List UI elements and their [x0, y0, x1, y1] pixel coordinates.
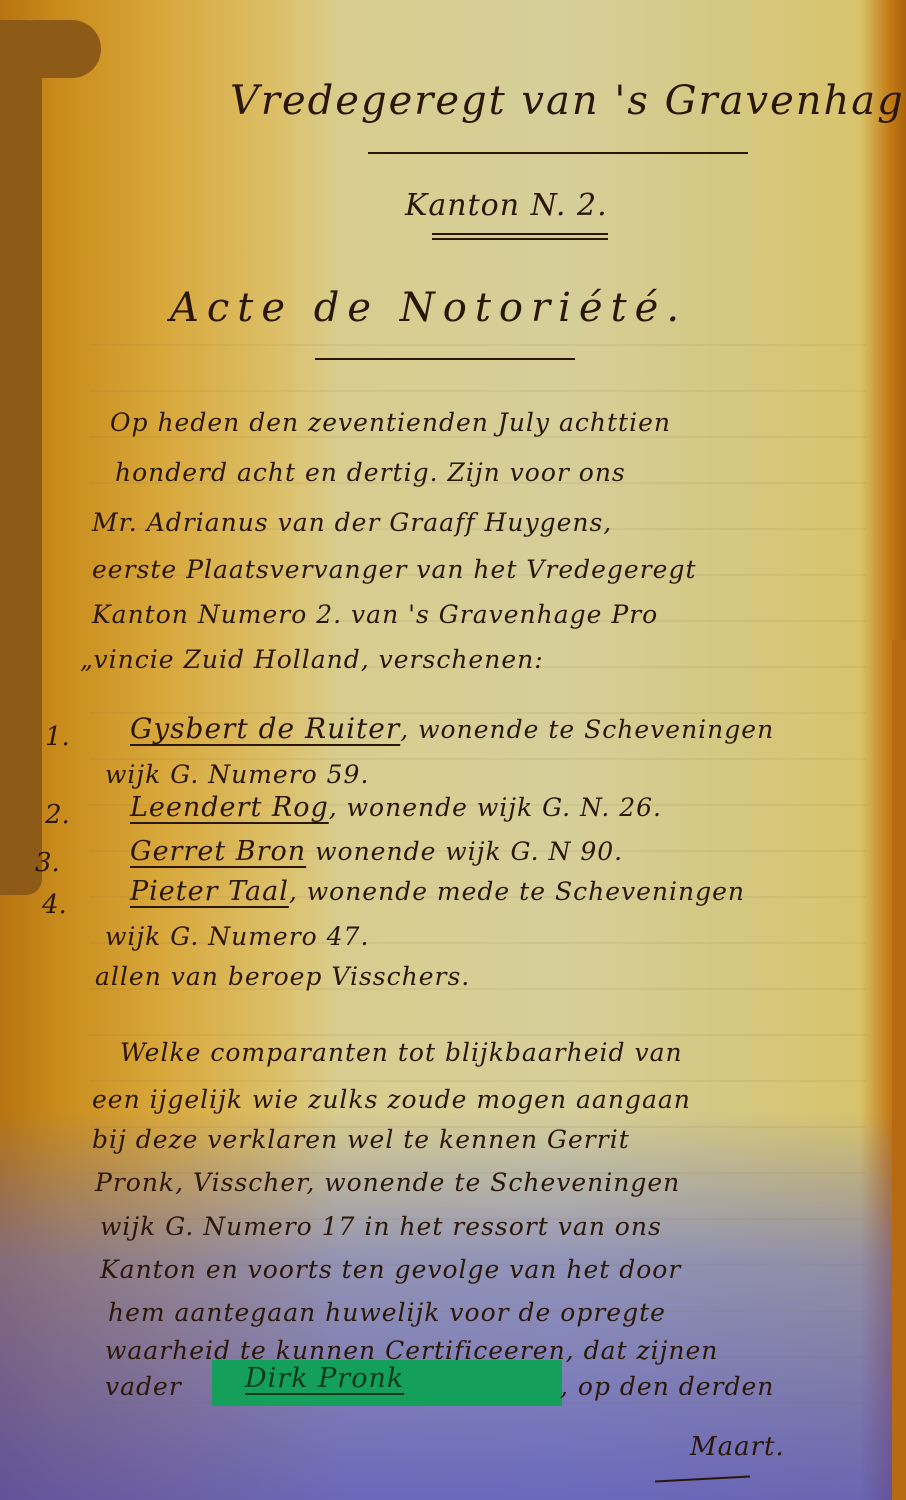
document-heading: Acte de Notoriété. [170, 285, 687, 331]
intro-line: „vincie Zuid Holland, verschenen: [80, 645, 544, 674]
occupation-line: allen van beroep Visschers. [95, 962, 470, 991]
redaction-mark [0, 20, 42, 895]
declaration-line: Welke comparanten tot blijkbaarheid van [120, 1038, 683, 1067]
declaration-line: wijk G. Numero 17 in het ressort van ons [100, 1212, 662, 1241]
witness-residence: , wonende mede te Scheveningen [289, 877, 745, 906]
document-title: Vredegeregt van 's Gravenhage. [230, 78, 906, 124]
subtitle-double-underline-2 [432, 238, 608, 240]
subtitle-double-underline-1 [432, 233, 608, 235]
witness-residence: wonende wijk G. N 90. [306, 837, 623, 866]
highlighted-name: Dirk Pronk [245, 1363, 404, 1394]
declaration-line: hem aantegaan huwelijk voor de opregte [108, 1298, 666, 1327]
document-scan: Vredegeregt van 's Gravenhage. Kanton N.… [0, 0, 906, 1500]
witness-residence: , wonende te Scheveningen [400, 715, 774, 744]
witness-name: Pieter Taal [130, 876, 289, 907]
witness-entry: Gerret Bron wonende wijk G. N 90. [130, 836, 623, 867]
adjacent-page-edge [892, 640, 906, 1500]
witness-entry: Leendert Rog, wonende wijk G. N. 26. [130, 792, 662, 823]
redaction-mark-top [6, 20, 101, 78]
witness-address: wijk G. Numero 47. [105, 922, 369, 951]
intro-line: eerste Plaatsvervanger van het Vredegere… [92, 555, 697, 584]
witness-number: 4. [42, 890, 67, 920]
closing-word: Maart. [690, 1432, 785, 1462]
witness-number: 2. [45, 800, 70, 830]
closing-flourish [655, 1476, 750, 1483]
heading-underline [315, 358, 575, 360]
witness-name: Gerret Bron [130, 836, 306, 867]
declaration-line: Kanton en voorts ten gevolge van het doo… [100, 1255, 681, 1284]
witness-number: 3. [35, 848, 60, 878]
witness-name: Gysbert de Ruiter [130, 712, 400, 745]
witness-entry: Gysbert de Ruiter, wonende te Schevening… [130, 712, 774, 745]
final-line-prefix: vader [105, 1372, 182, 1401]
declaration-line: een ijgelijk wie zulks zoude mogen aanga… [92, 1085, 691, 1114]
witness-address: wijk G. Numero 59. [105, 760, 369, 789]
witness-name: Leendert Rog [130, 792, 329, 823]
final-line-suffix: , op den derden [560, 1372, 774, 1401]
title-underline [368, 152, 748, 154]
witness-entry: Pieter Taal, wonende mede te Scheveninge… [130, 876, 745, 907]
document-subtitle: Kanton N. 2. [405, 188, 608, 223]
intro-line: Op heden den zeventienden July achttien [110, 408, 671, 437]
intro-line: honderd acht en dertig. Zijn voor ons [115, 458, 626, 487]
witness-number: 1. [45, 722, 70, 752]
declaration-line: bij deze verklaren wel te kennen Gerrit [92, 1125, 630, 1154]
witness-residence: , wonende wijk G. N. 26. [329, 793, 662, 822]
intro-line: Mr. Adrianus van der Graaff Huygens, [92, 508, 612, 537]
intro-line: Kanton Numero 2. van 's Gravenhage Pro [92, 600, 658, 629]
declaration-line: Pronk, Visscher, wonende te Scheveningen [95, 1168, 680, 1197]
